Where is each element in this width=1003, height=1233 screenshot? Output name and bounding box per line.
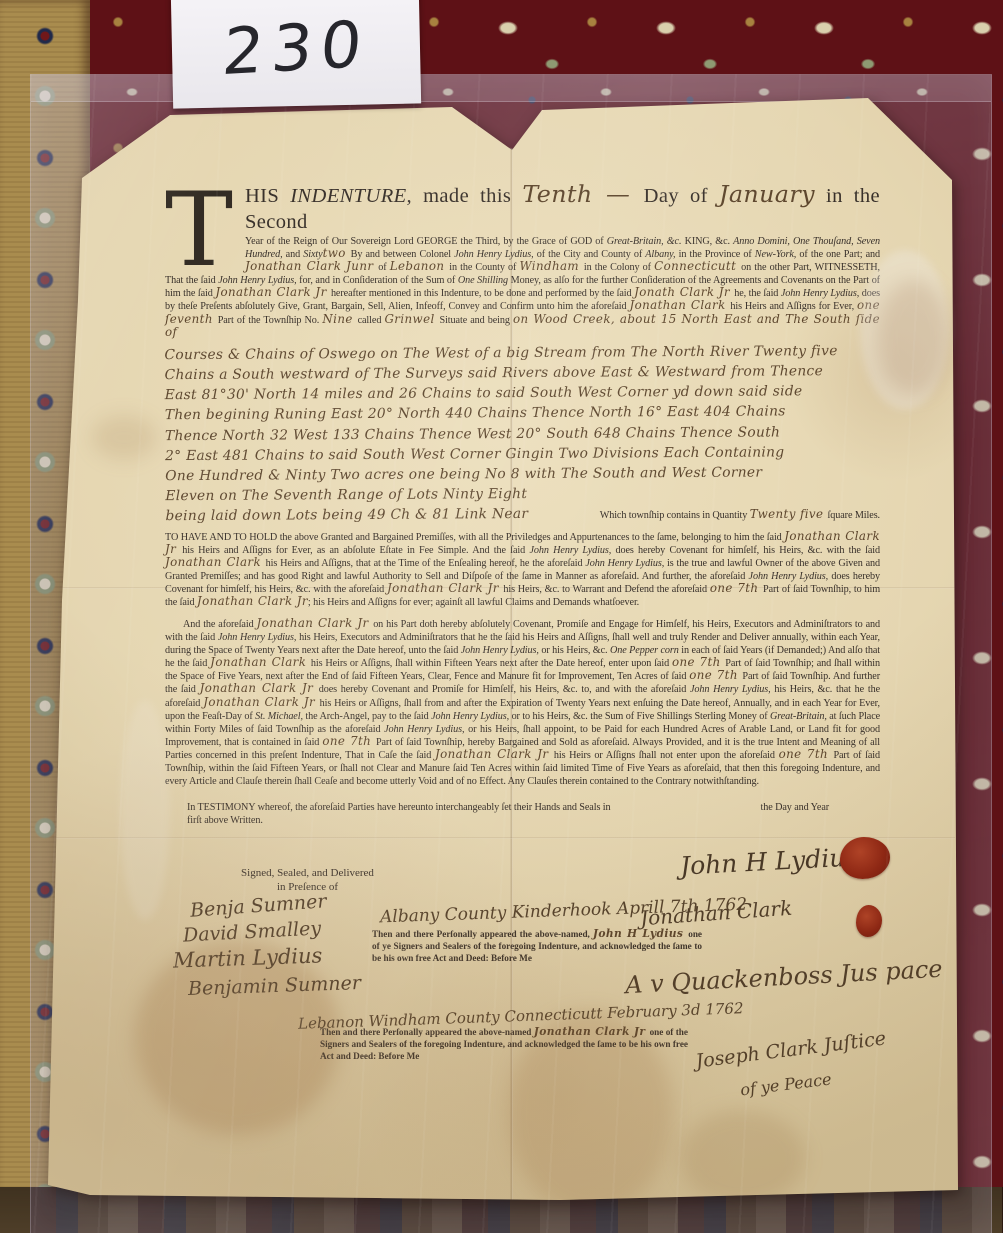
testimony-text: In TESTIMONY whereof, the aforeſaid Part…	[187, 802, 610, 813]
ack2-printed-text: Then and there Perſonally appeared the a…	[320, 1027, 688, 1063]
testimony-text: the Day and Year	[760, 802, 829, 813]
wax-seal-icon	[856, 905, 882, 937]
stain	[878, 280, 950, 395]
ack1-printed-text: Then and there Perſonally appeared the a…	[372, 929, 702, 965]
survey-line: being laid down Lots being 49 Ch & 81 Li…	[165, 502, 880, 527]
witness-signature: Benja Sumner	[189, 890, 327, 921]
drop-cap-T: T	[165, 183, 245, 271]
paragraph-premises: Year of the Reign of Our Sovereign Lord …	[165, 235, 880, 339]
survey-description: Courses & Chains of Oswego on The West o…	[164, 340, 880, 526]
photo-indenture-on-carpet: T HIS INDENTURE, made this Tenth — Day o…	[0, 0, 1003, 1233]
lot-number: 230	[220, 8, 373, 90]
stain	[92, 415, 157, 460]
wax-seal-icon	[840, 837, 890, 879]
witness-signature: David Smalley	[183, 917, 322, 946]
paragraph-habendum: TO HAVE AND TO HOLD the above Granted an…	[165, 531, 880, 609]
ack2-justice-signature-line2: of ye Peace	[739, 1069, 832, 1099]
document-paper: T HIS INDENTURE, made this Tenth — Day o…	[40, 95, 965, 1207]
witness-heading: Signed, Sealed, and Delivered in Preſenc…	[185, 867, 430, 895]
paragraph-covenants: And the aforeſaid Jonathan Clark Jr on h…	[165, 618, 880, 788]
witness-signature: Martin Lydius	[173, 943, 323, 972]
document-text: T HIS INDENTURE, made this Tenth — Day o…	[165, 183, 880, 827]
testimony-line: In TESTIMONY whereof, the aforeſaid Part…	[165, 801, 880, 827]
lydius-signature: John H Lydius	[679, 842, 858, 880]
opening-line: HIS INDENTURE, made this Tenth — Day of …	[165, 183, 880, 235]
witness-signature: Benjamin Sumner	[188, 972, 362, 1000]
lot-number-label: 230	[171, 0, 421, 109]
survey-line: 2° East 481 Chains to said South West Co…	[165, 441, 880, 466]
testimony-text: firſt above Written.	[165, 814, 880, 827]
stain	[680, 1110, 805, 1205]
fold-crease	[50, 837, 955, 839]
ack2-justice-signature: Joseph Clark Juſtice	[694, 1027, 887, 1072]
document-paper-wrap: T HIS INDENTURE, made this Tenth — Day o…	[40, 95, 965, 1207]
